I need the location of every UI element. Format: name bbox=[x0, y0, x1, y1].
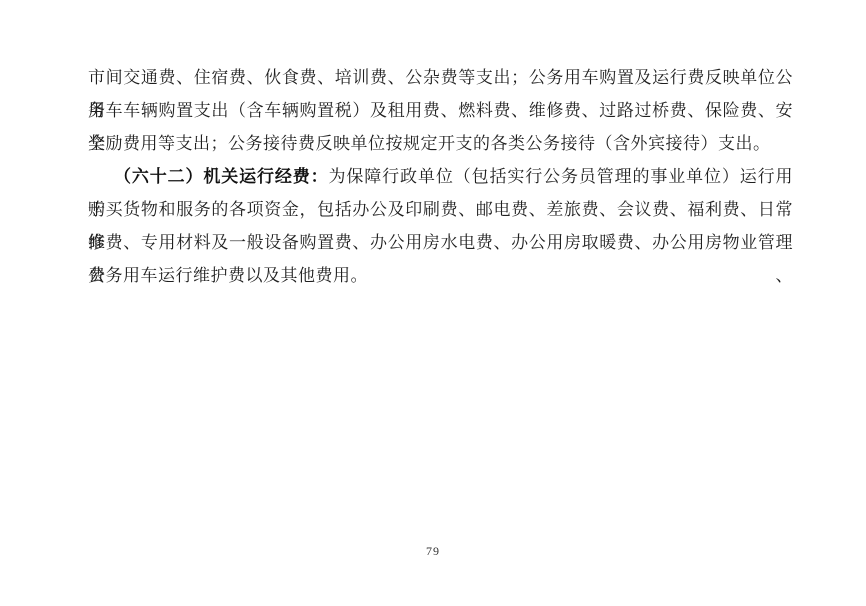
body-text-bold-run: （六十二）机关运行经费： bbox=[114, 167, 329, 186]
body-text-run: 公务用车运行维护费以及其他费用。 bbox=[88, 266, 368, 285]
body-text-run: 奖励费用等支出；公务接待费反映单位按规定开支的各类公务接待（含外宾接待）支出。 bbox=[88, 134, 771, 153]
body-text-line: 市间交通费、住宿费、伙食费、培训费、公杂费等支出；公务用车购置及运行费反映单位公… bbox=[88, 61, 793, 94]
body-text-line: （六十二）机关运行经费：为保障行政单位（包括实行公务员管理的事业单位）运行用于 bbox=[88, 160, 793, 193]
body-text-line: 用车车辆购置支出（含车辆购置税）及租用费、燃料费、维修费、过路过桥费、保险费、安… bbox=[88, 94, 793, 127]
body-text-line: 购买货物和服务的各项资金，包括办公及印刷费、邮电费、差旅费、会议费、福利费、日常… bbox=[88, 193, 793, 226]
body-text-line: 修费、专用材料及一般设备购置费、办公用房水电费、办公用房取暖费、办公用房物业管理… bbox=[88, 226, 793, 259]
document-page: 市间交通费、住宿费、伙食费、培训费、公杂费等支出；公务用车购置及运行费反映单位公… bbox=[0, 0, 866, 606]
page-number: 79 bbox=[0, 544, 866, 559]
body-text-line: 奖励费用等支出；公务接待费反映单位按规定开支的各类公务接待（含外宾接待）支出。 bbox=[88, 127, 793, 160]
document-body: 市间交通费、住宿费、伙食费、培训费、公杂费等支出；公务用车购置及运行费反映单位公… bbox=[88, 61, 793, 292]
